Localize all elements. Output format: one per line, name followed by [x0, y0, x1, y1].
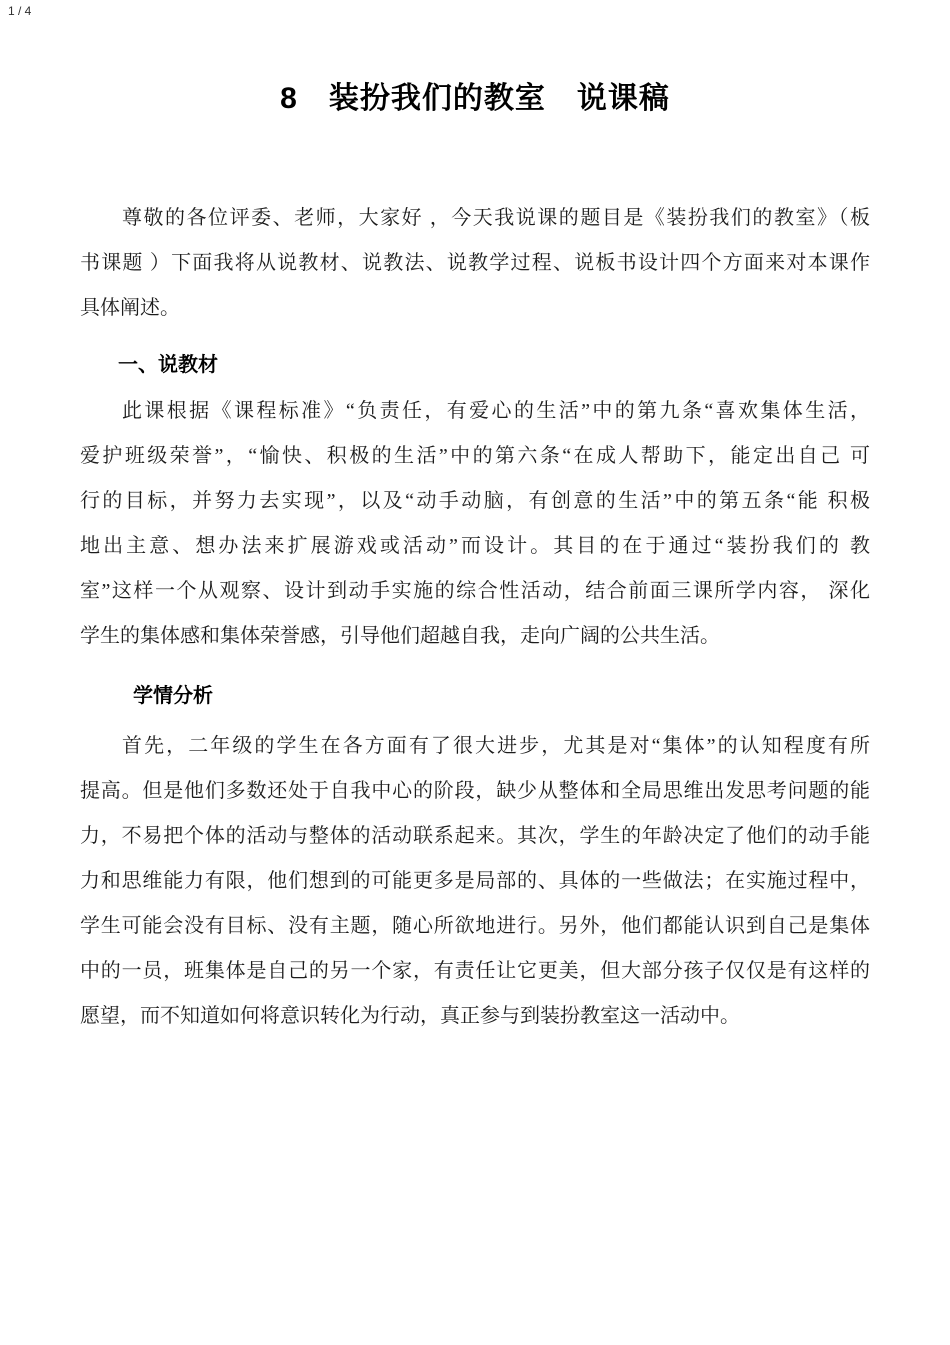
section-heading-learner-analysis: 学情分析	[80, 674, 870, 719]
text-line: 地出主意、想办法来扩展游戏或活动”而设计。其目的在于通过“装扮我们的 教	[80, 524, 870, 569]
text-line: 书课题 ）下面我将从说教材、说教法、说教学过程、说板书设计四个方面来对本课作	[80, 241, 870, 286]
text-line: 学生的集体感和集体荣誉感，引导他们超越自我，走向广阔的公共生活。	[80, 614, 870, 659]
document-content: 8 装扮我们的教室 说课稿 尊敬的各位评委、老师，大家好 ，今天我说课的题目是《…	[0, 0, 950, 1039]
text-line: 中的一员，班集体是自己的另一个家，有责任让它更美，但大部分孩子仅仅是有这样的	[80, 949, 870, 994]
analysis-paragraph: 首先，二年级的学生在各方面有了很大进步，尤其是对“集体”的认知程度有所 提高。但…	[80, 724, 870, 1039]
text-line: 学生可能会没有目标、没有主题，随心所欲地进行。另外，他们都能认识到自己是集体	[80, 904, 870, 949]
text-line: 首先，二年级的学生在各方面有了很大进步，尤其是对“集体”的认知程度有所	[80, 724, 870, 769]
text-line: 提高。但是他们多数还处于自我中心的阶段，缺少从整体和全局思维出发思考问题的能	[80, 769, 870, 814]
text-line: 爱护班级荣誉”，“愉快、积极的生活”中的第六条“在成人帮助下，能定出自己 可	[80, 434, 870, 479]
text-line: 具体阐述。	[80, 286, 870, 331]
intro-paragraph: 尊敬的各位评委、老师，大家好 ，今天我说课的题目是《装扮我们的教室》（板 书课题…	[80, 196, 870, 331]
text-line: 力和思维能力有限，他们想到的可能更多是局部的、具体的一些做法；在实施过程中，	[80, 859, 870, 904]
text-line: 愿望，而不知道如何将意识转化为行动，真正参与到装扮教室这一活动中。	[80, 994, 870, 1039]
page-indicator: 1 / 4	[8, 4, 31, 18]
document-title: 8 装扮我们的教室 说课稿	[80, 0, 870, 120]
text-line: 尊敬的各位评委、老师，大家好 ，今天我说课的题目是《装扮我们的教室》（板	[80, 196, 870, 241]
document-page: 1 / 4 8 装扮我们的教室 说课稿 尊敬的各位评委、老师，大家好 ，今天我说…	[0, 0, 950, 1345]
text-line: 此课根据《课程标准》“负责任，有爱心的生活”中的第九条“喜欢集体生活，	[80, 389, 870, 434]
text-line: 行的目标，并努力去实现”，以及“动手动脑，有创意的生活”中的第五条“能 积极	[80, 479, 870, 524]
section-heading-textbook: 一、说教材	[80, 343, 870, 388]
text-line: 室”这样一个从观察、设计到动手实施的综合性活动，结合前面三课所学内容， 深化	[80, 569, 870, 614]
textbook-paragraph: 此课根据《课程标准》“负责任，有爱心的生活”中的第九条“喜欢集体生活， 爱护班级…	[80, 389, 870, 659]
text-line: 力，不易把个体的活动与整体的活动联系起来。其次，学生的年龄决定了他们的动手能	[80, 814, 870, 859]
